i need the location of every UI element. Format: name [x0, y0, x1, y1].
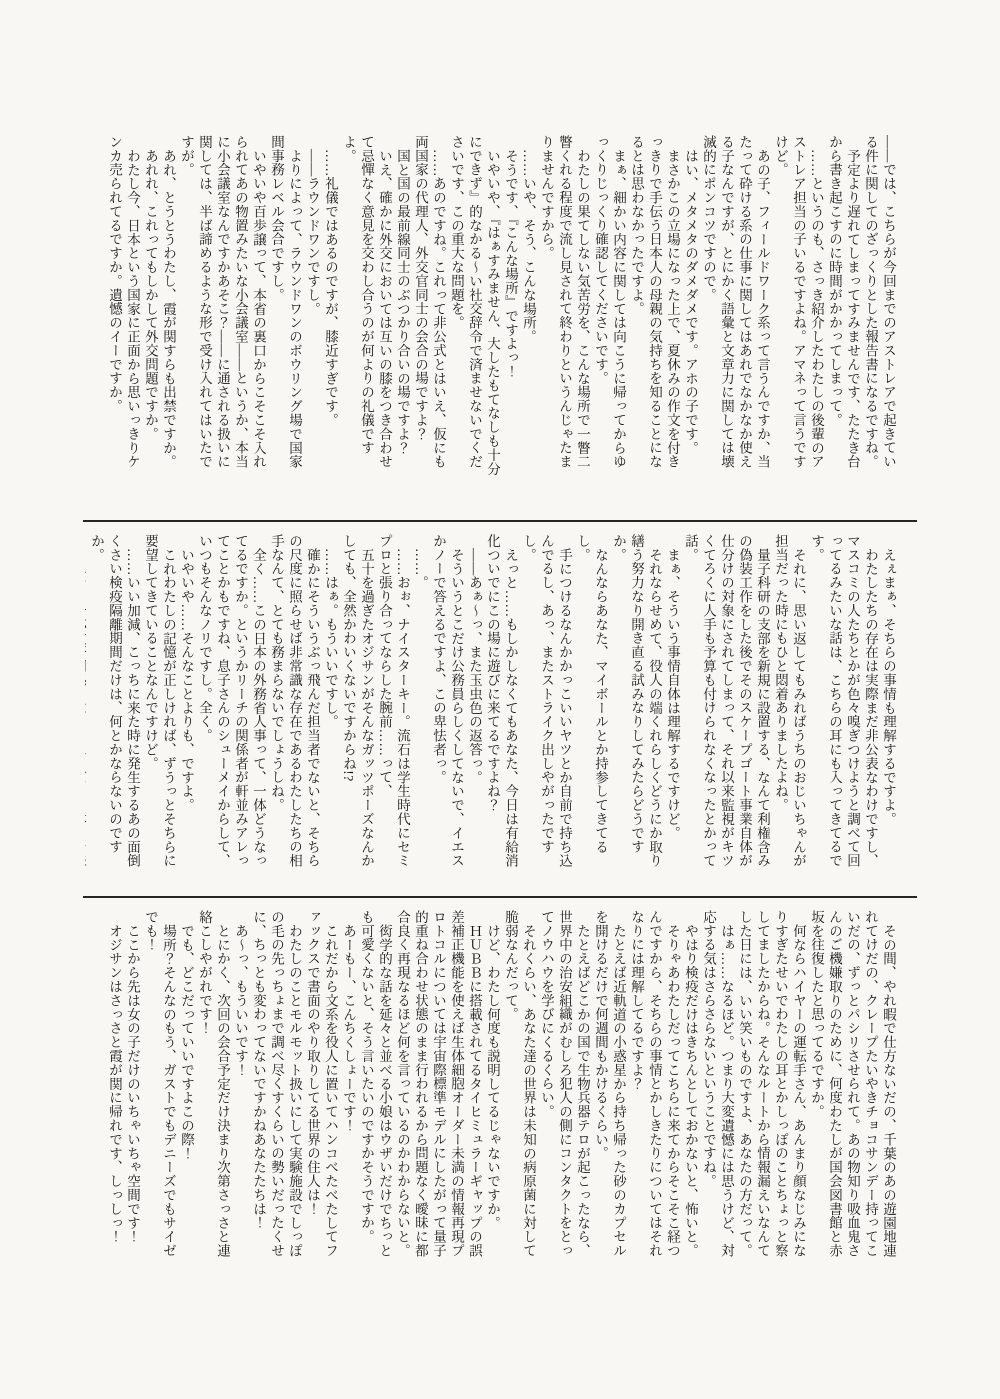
paragraph: それくらい、あなた達の世界は未知の病原菌に対して脆弱なんだって。 — [501, 910, 537, 1262]
paragraph: それに、思い返してもみればうちのおじいちゃんが担当だった時にもひと悶着ありました… — [771, 534, 807, 880]
paragraph: ……あのですね。これって非公式とはいえ、仮にも両国家の代理人、外交官同士の会合の… — [411, 135, 447, 477]
text-section-top: ――では、こちらが今回までのアストレアで起きている件に関してのざっくりとした報告… — [85, 135, 897, 477]
paragraph: ――では、こちらが今回までのアストレアで起きている件に関してのざっくりとした報告… — [861, 135, 897, 477]
section-divider-rule — [83, 896, 917, 898]
paragraph: ここから先は女の子だけのいちゃいちゃ空間です！ — [123, 910, 141, 1262]
paragraph: これでも一応友好関係を求めてはるばる日本まで来たオルガミリアさん――アストレアの… — [85, 534, 87, 880]
paragraph: 場所？そんなのもう、ガストでもデニーズでもサイゼでも！ — [141, 910, 177, 1262]
paragraph: ――ラウンドワンですし。 — [303, 135, 321, 477]
paragraph: 五十を過ぎたオジサンがそんなガッツポーズなんかしても、全然かわいくないですからね… — [339, 534, 375, 880]
paragraph: 何ならハイヤーの運転手さん、あんまり顔なじみになりすぎたせいでわたしの耳とかしっ… — [735, 910, 807, 1262]
paragraph: わたしの果てしない気苦労を、こんな場所で一瞥二瞥くれる程度で流し見されて終わりと… — [537, 135, 591, 477]
paragraph: 確かにそういうぶっ飛んだ担当者でないと、そちらの尺度に照らせば非常識な存在である… — [267, 534, 321, 880]
paragraph: はい、メタメタのダメダメです。アホの子です。 — [681, 135, 699, 477]
paragraph: 予定より遅れてしまってすみませんです、たたき台から書き起こすのに時間がかかってし… — [825, 135, 861, 477]
paragraph: まさかこの立場になった上で、夏休みの作文を付きっきりで手伝う日本人の母親の気持ち… — [627, 135, 681, 477]
paragraph: わたし今、日本という国家に正面から思いっきりケンカ売られてるですか。遺憾のイーで… — [105, 135, 141, 477]
paragraph: ＨＵＢＢに搭載されてるタイヒミュラーギャップの誤差補正機能を使えば生体細胞オーダ… — [393, 910, 483, 1262]
text-section-bottom: その間、やれ暇で仕方ないだの、千葉のあの遊園地連れてけだの、クレープたいやきチョ… — [85, 910, 897, 1262]
paragraph: なんならあなた、マイボールとか持参してきてるし。 — [573, 534, 609, 880]
paragraph: ……というのも、さっき紹介したわたしの後輩のアストレア担当の子いるですよね。アマ… — [771, 135, 825, 477]
paragraph: ……はぁ。もういいですし。 — [321, 534, 339, 880]
paragraph: 手につけるなんかかっこいいヤツとか自前で持ち込んでるし、あっ、またストライク出し… — [519, 534, 573, 880]
paragraph: あれ、とうとうわたし、霞が関すらも出禁ですか。 — [159, 135, 177, 477]
paragraph: そういうとこだけ公務員らしくしてないで、イエスかノーで答えるですよ、この卑怯者っ… — [429, 534, 465, 880]
paragraph: まぁ、そういう事情自体は理解するですけど。 — [663, 534, 681, 880]
paragraph: たとえばどこかの国で生物兵器テロが起こったなら、世界中の治安組織がむしろ犯人の側… — [537, 910, 591, 1262]
paragraph: よりによって、ラウンドワンのボウリング場で国家間事務レベル会合ですし。 — [267, 135, 303, 477]
paragraph: けど、わたし何度も説明してるじゃないですか。 — [483, 910, 501, 1262]
paragraph: たとえば近軌道の小惑星から持ち帰った砂のカプセルを開けるだけで何週間もかけるくら… — [591, 910, 627, 1262]
paragraph: 国と国の最前線同士のぶつかり合いの場ですよ？ — [393, 135, 411, 477]
section-divider-rule — [83, 520, 917, 522]
paragraph: あれれ、これってもしかして外交問題ですか。 — [141, 135, 159, 477]
paragraph: ……いや、そう、こんな場所。 — [519, 135, 537, 477]
paragraph: いやいや百歩譲って、本省の裏口からこそこそ入れられてあの物置みたいな小会議室――… — [177, 135, 267, 477]
paragraph: えっと……もしかしなくてもあなた、今日は有給消化ついでにこの場に遊びに来てるです… — [483, 534, 519, 880]
paragraph: ……礼儀ではあるのですが、膝近すぎです。 — [321, 135, 339, 477]
paragraph: いやいや……そんなことよりも、ですよ。 — [177, 534, 195, 880]
paragraph: それならせめて、役人の端くれらしくどうにか取り繕う努力なり開き直る試みなりしてみ… — [609, 534, 663, 880]
paragraph: ……。 — [411, 534, 429, 880]
paragraph: わたしのことモルモット扱いにして実験施設でしっぽの毛の先っちょまで調べ尽くすくら… — [249, 910, 303, 1262]
paragraph: やはり検疫だけはきちんとしておかないと、怖いと。 — [681, 910, 699, 1262]
paragraph: ――あぁ～っ、また玉虫色の返答っ。 — [465, 534, 483, 880]
paragraph: 全く……この日本の外務省人事って、一体どうなってるですか。というかリーチの関係者… — [195, 534, 267, 880]
paragraph: そうです、『こんな場所』ですよっ！ — [501, 135, 519, 477]
paragraph: あーもー、こんちくしょーです！ — [339, 910, 357, 1262]
paragraph: あ～っ、もういいです！ — [231, 910, 249, 1262]
paragraph: わたしたちの存在は実際まだ非公表なわけですし、マスコミの人たちとかが色々嗅ぎつけ… — [807, 534, 879, 880]
scanned-novel-page: ――では、こちらが今回までのアストレアで起きている件に関してのざっくりとした報告… — [0, 0, 1000, 1399]
paragraph: いえ、確かに外交においては互いの膝をつき合わせて忌憚なく意見を交わし合うのが何よ… — [339, 135, 393, 477]
paragraph: 衒学的な話を延々と並べる小娘はウザいだけでちっとも可愛くないと、そう言いたいので… — [357, 910, 393, 1262]
paragraph: とにかく、次回の会合予定だけ決まり次第さっさと連絡こしやがれです！ — [195, 910, 231, 1262]
paragraph: ……おぉ、ナイスターキー。流石は学生時代にセミプロと張り合ってならした腕前……っ… — [375, 534, 411, 880]
paragraph: これわたしの記憶が正しければ、ずうっとそちらに要望してきていることなんですけど。 — [141, 534, 177, 880]
paragraph: あの子、フィールドワーク系って言うんですか、当たって砕ける系の仕事に関してはあれ… — [699, 135, 771, 477]
paragraph: ……いい加減、こっちに来た時に発生するあの面倒くさい検疫隔離期間だけは、何とかな… — [87, 534, 141, 880]
paragraph: でも、どこだっていいですよこの際！ — [177, 910, 195, 1262]
paragraph: えぇまぁ、そちらの事情も理解するですよ。 — [879, 534, 897, 880]
paragraph: オジサンはさっさと霞が関に帰れです、しっしっ！ — [105, 910, 123, 1262]
paragraph: その間、やれ暇で仕方ないだの、千葉のあの遊園地連れてけだの、クレープたいやきチョ… — [807, 910, 897, 1262]
paragraph: はぁ……なるほど。つまり大変遺憾には思うけど、対応する気はさらさらないということ… — [699, 910, 735, 1262]
paragraph: これだから文系を役人に置いてハンコべたべたしてファックスで書面のやり取りしてる世… — [303, 910, 339, 1262]
text-section-middle: えぇまぁ、そちらの事情も理解するですよ。わたしたちの存在は実際まだ非公表なわけで… — [85, 534, 897, 880]
paragraph: いやいや、『はぁすみません、大したもてなしも十分にできず』的なかる～い社交辞令で… — [447, 135, 501, 477]
paragraph: 量子科研の支部を新規に設置する、なんて利権含みの偽装工作をした後でそのスケープゴ… — [681, 534, 771, 880]
paragraph: まぁ、細かい内容に関しては向こうに帰ってからゆっくりじっくり確認してくださいです… — [591, 135, 627, 477]
paragraph: そりゃあわたしだってこちらに来てからそこそこ経つんですから、そちらの事情とかしき… — [627, 910, 681, 1262]
